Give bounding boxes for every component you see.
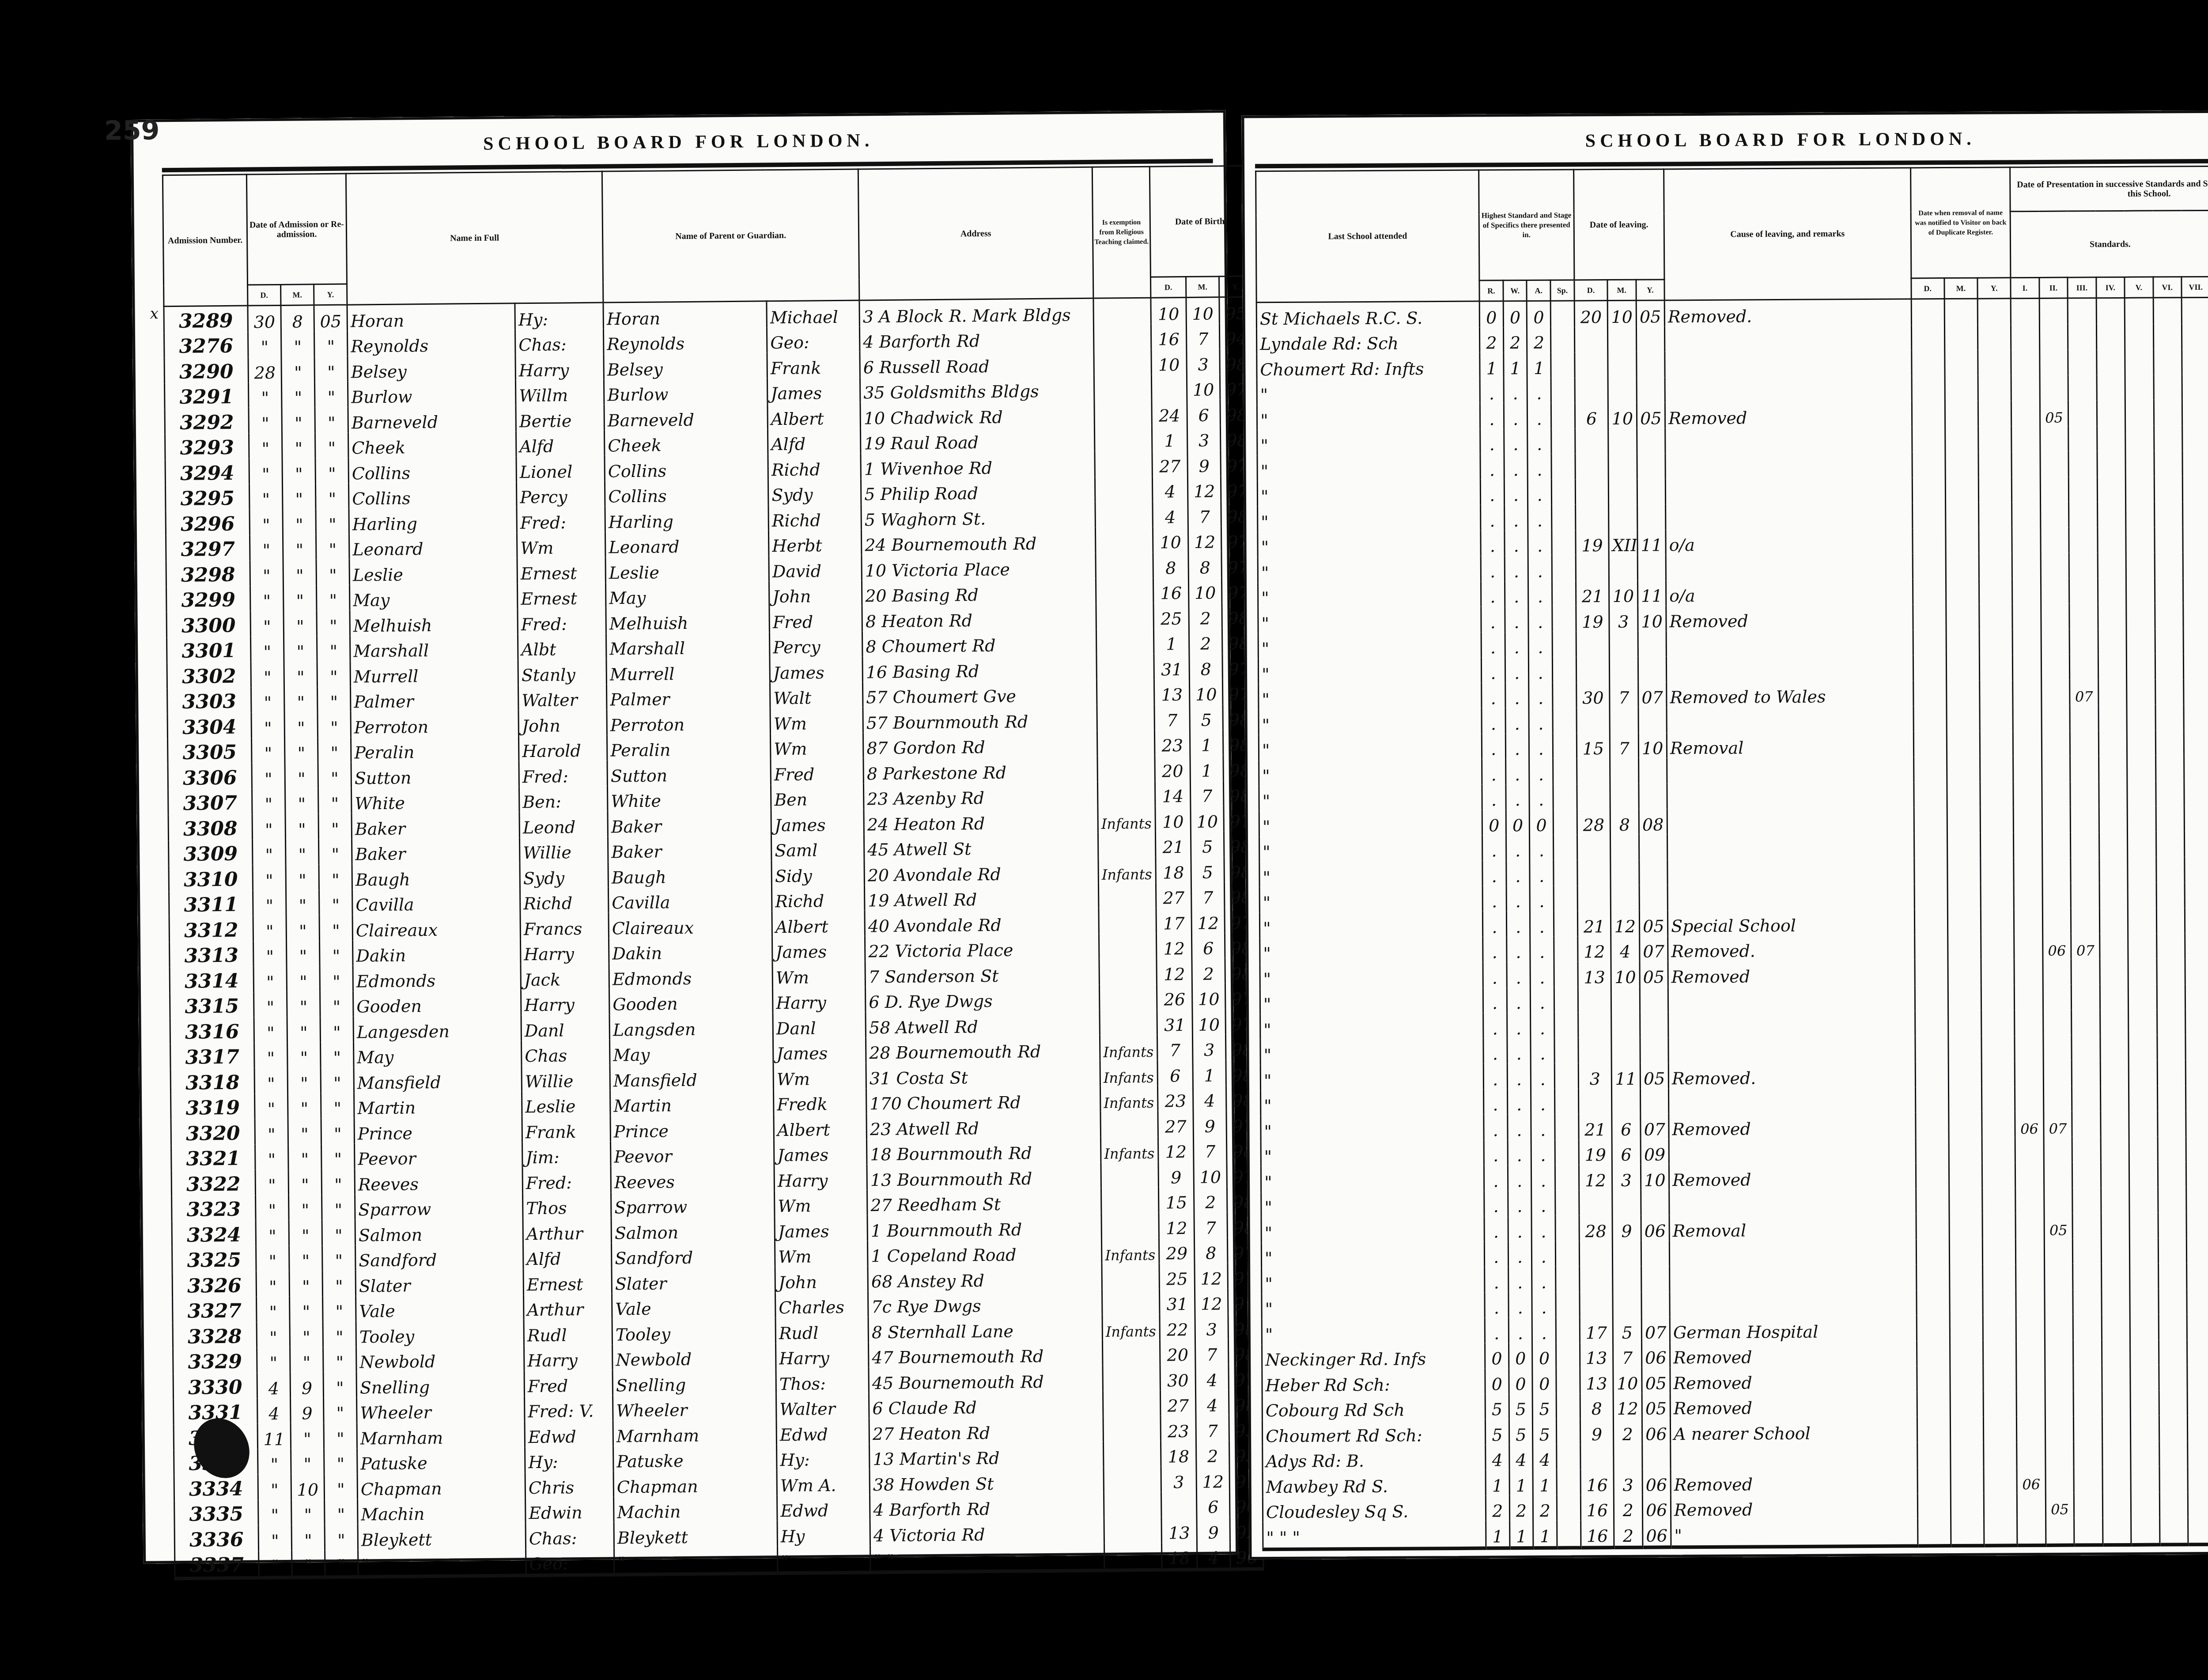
cell-ay: " bbox=[319, 864, 352, 890]
cell-ay: " bbox=[315, 407, 348, 433]
cell-parent-surname: Salmon bbox=[611, 1216, 775, 1243]
cell-standard-7 bbox=[2182, 374, 2208, 400]
cell-am: " bbox=[281, 331, 314, 357]
cell-bd: 23 bbox=[1161, 1415, 1196, 1441]
cell-w: 1 bbox=[1503, 352, 1527, 378]
cell-r: . bbox=[1482, 860, 1506, 886]
cell-parent-surname: Tooley bbox=[612, 1317, 775, 1344]
cell-am: " bbox=[284, 661, 317, 687]
cell-no: 3305 bbox=[168, 738, 252, 764]
table-row: "...28906Removal05 bbox=[1261, 1212, 2208, 1243]
cell-address: 47 Bournemouth Rd bbox=[869, 1340, 1103, 1367]
cell-ld bbox=[1576, 657, 1610, 682]
cell-nm bbox=[1945, 350, 1978, 376]
cell-a: . bbox=[1528, 606, 1552, 632]
cell-cause: Removed bbox=[1669, 1163, 1916, 1189]
cell-ny bbox=[1981, 934, 2015, 960]
cell-parent-surname: Dakin bbox=[609, 937, 772, 964]
cell-standard-7 bbox=[2182, 476, 2208, 501]
cell-am: " bbox=[282, 433, 315, 458]
cell-standard-2 bbox=[2043, 959, 2072, 985]
cell-sp bbox=[1553, 758, 1577, 784]
cell-parent-forename: Richd bbox=[768, 453, 861, 479]
cell-am: " bbox=[287, 966, 320, 991]
cell-no: 3334 bbox=[174, 1474, 258, 1500]
cell-forename: Percy bbox=[516, 481, 605, 507]
cell-ly: 06 bbox=[1642, 1418, 1671, 1444]
cell-surname: Edmonds bbox=[353, 964, 521, 991]
cell-lm bbox=[1608, 479, 1637, 504]
cell-parent-forename: James bbox=[767, 377, 860, 403]
cell-a: 1 bbox=[1533, 1470, 1557, 1495]
cell-w: . bbox=[1505, 530, 1528, 556]
cell-nm bbox=[1949, 1239, 1983, 1264]
cell-standard-3 bbox=[2073, 1289, 2102, 1315]
cell-forename: Ernest bbox=[518, 583, 606, 609]
cell-ly: 05 bbox=[1637, 402, 1665, 428]
cell-parent-surname: Barneveld bbox=[604, 403, 768, 430]
cell-sp bbox=[1552, 606, 1576, 632]
cell-ld bbox=[1578, 1038, 1612, 1063]
cell-ad: 4 bbox=[257, 1398, 291, 1423]
cell-forename: Arthur bbox=[523, 1217, 611, 1243]
cell-parent-forename: Sydy bbox=[768, 479, 861, 505]
cell-nd bbox=[1914, 858, 1947, 884]
cell-parent-surname: Sandford bbox=[612, 1241, 775, 1268]
cell-address: 7c Rye Dwgs bbox=[868, 1289, 1102, 1317]
cell-bm: 6 bbox=[1187, 399, 1220, 425]
col-address: Address bbox=[858, 167, 1093, 300]
cell-nm bbox=[1948, 960, 1981, 985]
cell-bm: 5 bbox=[1190, 704, 1223, 730]
cell-nm bbox=[1948, 985, 1981, 1010]
cell-lm: 12 bbox=[1611, 911, 1639, 936]
cell-nm bbox=[1951, 1518, 1985, 1546]
cell-ny bbox=[1980, 756, 2014, 782]
cell-parent-forename: James bbox=[775, 1215, 868, 1241]
cell-standard-4 bbox=[2100, 1086, 2129, 1111]
cell-bm: 2 bbox=[1192, 958, 1225, 984]
cell-standard-1 bbox=[2014, 934, 2043, 959]
cell-ay: " bbox=[318, 814, 352, 839]
cell-address: 6 Russell Road bbox=[860, 350, 1094, 377]
cell-standard-2 bbox=[2041, 655, 2070, 680]
col-notified-m: M. bbox=[1944, 278, 1977, 299]
cell-am: " bbox=[283, 560, 316, 585]
cell-standard-6 bbox=[2155, 704, 2184, 730]
cell-ny bbox=[1978, 325, 2011, 350]
cell-nm bbox=[1947, 807, 1981, 833]
cell-bm: 8 bbox=[1195, 1237, 1228, 1263]
cell-forename: Leslie bbox=[522, 1090, 610, 1116]
cell-standard-2 bbox=[2041, 680, 2070, 705]
cell-standard-2 bbox=[2043, 1061, 2072, 1086]
cell-cause bbox=[1665, 376, 1912, 402]
cell-parent-forename: James bbox=[773, 1037, 866, 1063]
cell-ny bbox=[1983, 1366, 2017, 1391]
cell-standard-3 bbox=[2071, 883, 2099, 908]
cell-standard-1 bbox=[2016, 1264, 2045, 1290]
cell-standard-6 bbox=[2158, 1212, 2187, 1238]
col-std-2: II. bbox=[2039, 277, 2068, 298]
cell-standard-6 bbox=[2158, 1263, 2187, 1289]
cell-address: 19 Raul Road bbox=[860, 426, 1094, 453]
cell-ad: " bbox=[252, 788, 285, 814]
cell-standard-4 bbox=[2101, 1136, 2129, 1162]
cell-ay: " bbox=[318, 788, 352, 814]
cell-exempt: Infants II bbox=[1098, 806, 1155, 832]
cell-am: " bbox=[284, 636, 317, 662]
table-row: Cloudesley Sq S.22216206Removed05 bbox=[1263, 1491, 2208, 1522]
cell-ld bbox=[1577, 835, 1611, 860]
register-right-page: 259 SCHOOL BOARD FOR LONDON. Last School… bbox=[1241, 110, 2208, 1560]
cell-sp bbox=[1551, 352, 1575, 378]
cell-w: . bbox=[1506, 835, 1530, 861]
cell-w: . bbox=[1505, 759, 1529, 784]
cell-lm: XII bbox=[1609, 530, 1637, 555]
col-r: R. bbox=[1479, 280, 1503, 301]
cell-bd: 10 bbox=[1155, 806, 1191, 832]
cell-standard-7 bbox=[2182, 400, 2208, 425]
cell-r: 0 bbox=[1485, 1343, 1509, 1369]
cell-surname: Slater bbox=[355, 1269, 523, 1296]
cell-nd bbox=[1911, 325, 1945, 351]
cell-surname: Claireaux bbox=[352, 913, 520, 940]
cell-cause bbox=[1668, 1036, 1915, 1063]
cell-bm: 1 bbox=[1190, 755, 1223, 780]
cell-standard-4 bbox=[2100, 1035, 2129, 1060]
cell-school: " bbox=[1260, 1064, 1483, 1090]
cell-standard-6 bbox=[2159, 1466, 2188, 1492]
cell-sp bbox=[1553, 809, 1577, 835]
cell-cause: Removed bbox=[1671, 1493, 1917, 1520]
cell-am: " bbox=[288, 1118, 321, 1144]
cell-am: 9 bbox=[290, 1372, 323, 1398]
cell-standard-6 bbox=[2154, 476, 2183, 502]
cell-surname: Baker bbox=[352, 837, 520, 864]
cell-w: . bbox=[1507, 1114, 1531, 1140]
cell-sp bbox=[1555, 1165, 1579, 1190]
cell-nd bbox=[1914, 807, 1947, 833]
cell-nm bbox=[1950, 1340, 1983, 1366]
cell-standard-6 bbox=[2156, 933, 2185, 959]
cell-ny bbox=[1980, 782, 2014, 807]
cell-school: " bbox=[1261, 1115, 1484, 1141]
cell-lm: 10 bbox=[1611, 961, 1640, 987]
cell-ad: " bbox=[249, 433, 282, 458]
cell-r: . bbox=[1480, 378, 1504, 404]
cell-ad: " bbox=[255, 1093, 288, 1119]
cell-standard-6 bbox=[2156, 832, 2185, 857]
cell-parent-forename: Richd bbox=[772, 885, 865, 911]
cell-r: . bbox=[1480, 480, 1504, 505]
cell-parent-surname: Marshall bbox=[606, 632, 770, 659]
cell-standard-6 bbox=[2155, 628, 2184, 654]
cell-a: . bbox=[1528, 556, 1552, 581]
cell-sp bbox=[1555, 1114, 1579, 1139]
cell-a: 5 bbox=[1533, 1393, 1557, 1419]
cell-no: 3291 bbox=[164, 382, 248, 409]
cell-standard-1 bbox=[2014, 883, 2042, 908]
cell-cause: German Hospital bbox=[1670, 1315, 1917, 1342]
cell-cause bbox=[1670, 1290, 1917, 1317]
cell-address: 4 Victoria Rd bbox=[870, 1518, 1104, 1545]
cell-bd: 9 bbox=[1158, 1162, 1194, 1187]
cell-r: . bbox=[1480, 403, 1504, 429]
cell-sp bbox=[1553, 733, 1577, 759]
cell-cause bbox=[1667, 782, 1914, 809]
cell-sp bbox=[1553, 708, 1577, 733]
cell-parent-surname: Peralin bbox=[607, 734, 771, 761]
cell-a: . bbox=[1532, 1292, 1556, 1317]
cell-surname: Leslie bbox=[349, 558, 517, 585]
cell-standard-1 bbox=[2013, 807, 2042, 832]
cell-ny bbox=[1979, 579, 2013, 604]
cell-bd: 27 bbox=[1156, 882, 1191, 908]
cell-forename: Edwin bbox=[526, 1497, 614, 1523]
cell-ay: " bbox=[321, 1067, 354, 1093]
cell-ay: " bbox=[314, 331, 348, 356]
cell-no: 3276 bbox=[164, 332, 248, 358]
cell-no: 3296 bbox=[166, 510, 250, 536]
cell-a: 0 bbox=[1530, 810, 1554, 835]
table-row: "...21607Removed0607 bbox=[1261, 1110, 2208, 1141]
cell-standard-6 bbox=[2155, 730, 2184, 756]
cell-w: . bbox=[1505, 632, 1529, 658]
cell-standard-7 bbox=[2187, 1314, 2208, 1339]
cell-exempt: Infants II bbox=[1098, 857, 1156, 883]
cell-standard-5 bbox=[2127, 705, 2155, 730]
cell-forename: Rudl bbox=[524, 1319, 612, 1345]
cell-a: . bbox=[1531, 1216, 1555, 1241]
cell-standard-2 bbox=[2044, 1238, 2073, 1264]
cell-nm bbox=[1946, 579, 1979, 604]
cell-no: 3298 bbox=[166, 560, 250, 586]
cell-standard-1 bbox=[2014, 832, 2042, 858]
cell-bd: 10 bbox=[1151, 349, 1187, 375]
cell-no: 3307 bbox=[168, 789, 252, 815]
cell-r: 5 bbox=[1485, 1394, 1509, 1419]
cell-ad: 11 bbox=[257, 1423, 291, 1449]
cell-sp bbox=[1552, 530, 1576, 556]
cell-bm: 2 bbox=[1194, 1187, 1227, 1212]
cell-standard-6 bbox=[2155, 654, 2184, 679]
cell-ly: 09 bbox=[1641, 1139, 1669, 1165]
cell-nm bbox=[1949, 1188, 1983, 1214]
cell-sp bbox=[1554, 961, 1578, 987]
cell-bd: 31 bbox=[1154, 654, 1189, 679]
cell-w: . bbox=[1504, 403, 1527, 429]
cell-parent-forename: Walter bbox=[776, 1393, 870, 1419]
cell-w: . bbox=[1504, 429, 1527, 454]
cell-parent-forename: Ben bbox=[771, 783, 864, 810]
register-left-page: 259 SCHOOL BOARD FOR LONDON. x Admission… bbox=[131, 110, 1238, 1564]
cell-school: Heber Rd Sch: bbox=[1262, 1369, 1485, 1395]
cell-exempt bbox=[1094, 400, 1152, 426]
cell-standard-6 bbox=[2159, 1390, 2188, 1416]
cell-lm bbox=[1611, 860, 1639, 885]
cell-forename: Harry bbox=[515, 354, 604, 380]
cell-standard-6 bbox=[2154, 425, 2182, 451]
col-dob: Date of Birth. bbox=[1149, 166, 1252, 277]
cell-forename: Bertie bbox=[516, 405, 604, 431]
cell-lm bbox=[1609, 504, 1637, 530]
cell-bm: 1 bbox=[1193, 1059, 1226, 1085]
cell-w: . bbox=[1505, 708, 1529, 734]
cell-bm: 7 bbox=[1188, 501, 1221, 526]
cell-sp bbox=[1557, 1495, 1580, 1521]
cell-parent-surname: Snelling bbox=[612, 1368, 776, 1395]
cell-parent-forename: Danl bbox=[773, 1012, 866, 1038]
cell-ld bbox=[1579, 1266, 1613, 1292]
cell-address: 6 D. Rye Dwgs bbox=[866, 984, 1100, 1012]
cell-w: . bbox=[1506, 937, 1530, 962]
cell-standard-5 bbox=[2127, 730, 2155, 756]
cell-am: " bbox=[292, 1550, 325, 1578]
cell-ny bbox=[1981, 1010, 2015, 1036]
cell-ld: 20 bbox=[1574, 301, 1608, 327]
cell-ld bbox=[1578, 987, 1611, 1013]
cell-bm: 2 bbox=[1196, 1441, 1229, 1466]
cell-w: 0 bbox=[1509, 1343, 1532, 1369]
cell-w: . bbox=[1507, 1089, 1531, 1115]
cell-standard-5 bbox=[2127, 679, 2155, 705]
cell-parent-surname: Baugh bbox=[608, 860, 771, 887]
cell-sp bbox=[1557, 1469, 1580, 1495]
cell-standard-3 bbox=[2071, 959, 2100, 984]
cell-ad: " bbox=[255, 1169, 288, 1195]
cell-standard-1 bbox=[2017, 1442, 2045, 1467]
cell-no: 3331 bbox=[174, 1398, 257, 1424]
cell-no: 3327 bbox=[173, 1297, 257, 1323]
cell-ay: " bbox=[321, 1118, 355, 1144]
cell-parent-forename: Wm bbox=[770, 707, 863, 733]
cell-standard-7 bbox=[2183, 654, 2208, 679]
cell-am: " bbox=[286, 864, 319, 890]
cell-standard-7 bbox=[2185, 984, 2208, 1009]
cell-standard-2 bbox=[2045, 1391, 2074, 1416]
cell-exempt: Infants II bbox=[1100, 1060, 1157, 1086]
cell-w: . bbox=[1508, 1216, 1532, 1241]
cell-r: . bbox=[1484, 1241, 1508, 1267]
cell-standard-1 bbox=[2011, 451, 2040, 477]
cell-no: 3313 bbox=[170, 941, 253, 967]
cell-cause: Removed bbox=[1669, 1112, 1916, 1139]
cell-standard-1 bbox=[2011, 426, 2040, 451]
cell-a: . bbox=[1532, 1267, 1556, 1292]
cell-standard-4 bbox=[2102, 1416, 2131, 1442]
cell-ad: " bbox=[256, 1195, 289, 1220]
cell-bm: 12 bbox=[1195, 1288, 1228, 1314]
cell-bd: 25 bbox=[1153, 603, 1189, 628]
cell-sp bbox=[1552, 581, 1576, 606]
cell-bm: 12 bbox=[1196, 1466, 1229, 1491]
cell-parent-forename: Wm bbox=[775, 1241, 868, 1267]
cell-ld bbox=[1575, 479, 1609, 505]
cell-ld bbox=[1580, 1292, 1613, 1317]
cell-ny bbox=[1984, 1442, 2017, 1468]
cell-parent-forename: James bbox=[771, 809, 864, 835]
col-admission-number: Admission Number. bbox=[163, 174, 248, 306]
cell-standard-1 bbox=[2012, 477, 2041, 502]
cell-standard-5 bbox=[2131, 1441, 2159, 1467]
col-date-notified: Date when removal of name was notified t… bbox=[1910, 167, 2011, 278]
cell-school: Choumert Rd: Infts bbox=[1257, 353, 1480, 379]
cell-forename: Harry bbox=[524, 1344, 612, 1370]
cell-standard-5 bbox=[2125, 425, 2154, 451]
cell-standard-6 bbox=[2159, 1517, 2188, 1544]
cell-standard-5 bbox=[2125, 476, 2154, 502]
cell-ld bbox=[1575, 428, 1609, 454]
cell-standard-7 bbox=[2183, 628, 2208, 654]
cell-standard-6 bbox=[2156, 908, 2185, 933]
cell-standard-7 bbox=[2185, 831, 2208, 857]
cell-no: 3337 bbox=[175, 1551, 259, 1578]
cell-bm: 5 bbox=[1191, 856, 1224, 882]
cell-parent-forename: Charles bbox=[775, 1291, 869, 1317]
cell-standard-3 bbox=[2068, 349, 2097, 375]
cell-bm: 2 bbox=[1189, 628, 1222, 654]
cell-standard-3 bbox=[2068, 375, 2097, 401]
cell-standard-4 bbox=[2097, 502, 2126, 527]
cell-standard-5 bbox=[2129, 1136, 2158, 1162]
cell-w: . bbox=[1507, 1013, 1531, 1038]
cell-nd bbox=[1913, 681, 1947, 706]
cell-parent-forename: Wm bbox=[770, 733, 863, 759]
cell-ad: " bbox=[252, 814, 285, 840]
cell-bm: 3 bbox=[1187, 348, 1220, 374]
cell-parent-surname: Reynolds bbox=[603, 327, 767, 354]
cell-standard-4 bbox=[2099, 857, 2128, 883]
cell-a: . bbox=[1530, 835, 1554, 860]
cell-bd: 12 bbox=[1158, 1136, 1194, 1162]
cell-cause: o/a bbox=[1666, 579, 1913, 605]
cell-ay: " bbox=[318, 763, 352, 788]
margin-mark: x bbox=[150, 305, 159, 322]
col-presentation: Date of Presentation in successive Stand… bbox=[2010, 166, 2208, 212]
cell-standard-5 bbox=[2131, 1492, 2159, 1517]
cell-am: " bbox=[291, 1449, 324, 1474]
cell-forename: Leond bbox=[519, 811, 608, 837]
cell-parent-surname: Vale bbox=[612, 1292, 775, 1319]
cell-standard-7 bbox=[2187, 1415, 2208, 1441]
cell-standard-6 bbox=[2157, 1086, 2186, 1111]
cell-standard-4 bbox=[2100, 1060, 2129, 1086]
cell-parent-surname: Leonard bbox=[605, 530, 768, 557]
cell-standard-5 bbox=[2129, 1010, 2157, 1035]
cell-no: 3309 bbox=[169, 840, 253, 866]
cell-sp bbox=[1554, 987, 1578, 1013]
cell-ld: 19 bbox=[1576, 606, 1610, 632]
cell-w: 5 bbox=[1509, 1419, 1533, 1445]
cell-r: . bbox=[1480, 454, 1504, 480]
cell-standard-4 bbox=[2098, 527, 2126, 552]
cell-school: " bbox=[1257, 378, 1480, 405]
cell-standard-5 bbox=[2131, 1517, 2160, 1545]
cell-am: " bbox=[287, 991, 320, 1017]
cell-no: 3306 bbox=[168, 764, 252, 790]
cell-nd bbox=[1917, 1392, 1951, 1417]
cell-standard-1 bbox=[2014, 858, 2042, 883]
cell-no: 3300 bbox=[166, 611, 250, 637]
cell-lm bbox=[1609, 555, 1637, 581]
cell-surname: White bbox=[352, 787, 519, 814]
cell-ny bbox=[1981, 985, 2015, 1010]
cell-school: " bbox=[1258, 556, 1481, 583]
cell-standard-2 bbox=[2042, 858, 2071, 883]
cell-ld bbox=[1577, 708, 1610, 733]
cell-school: " bbox=[1261, 1191, 1484, 1217]
